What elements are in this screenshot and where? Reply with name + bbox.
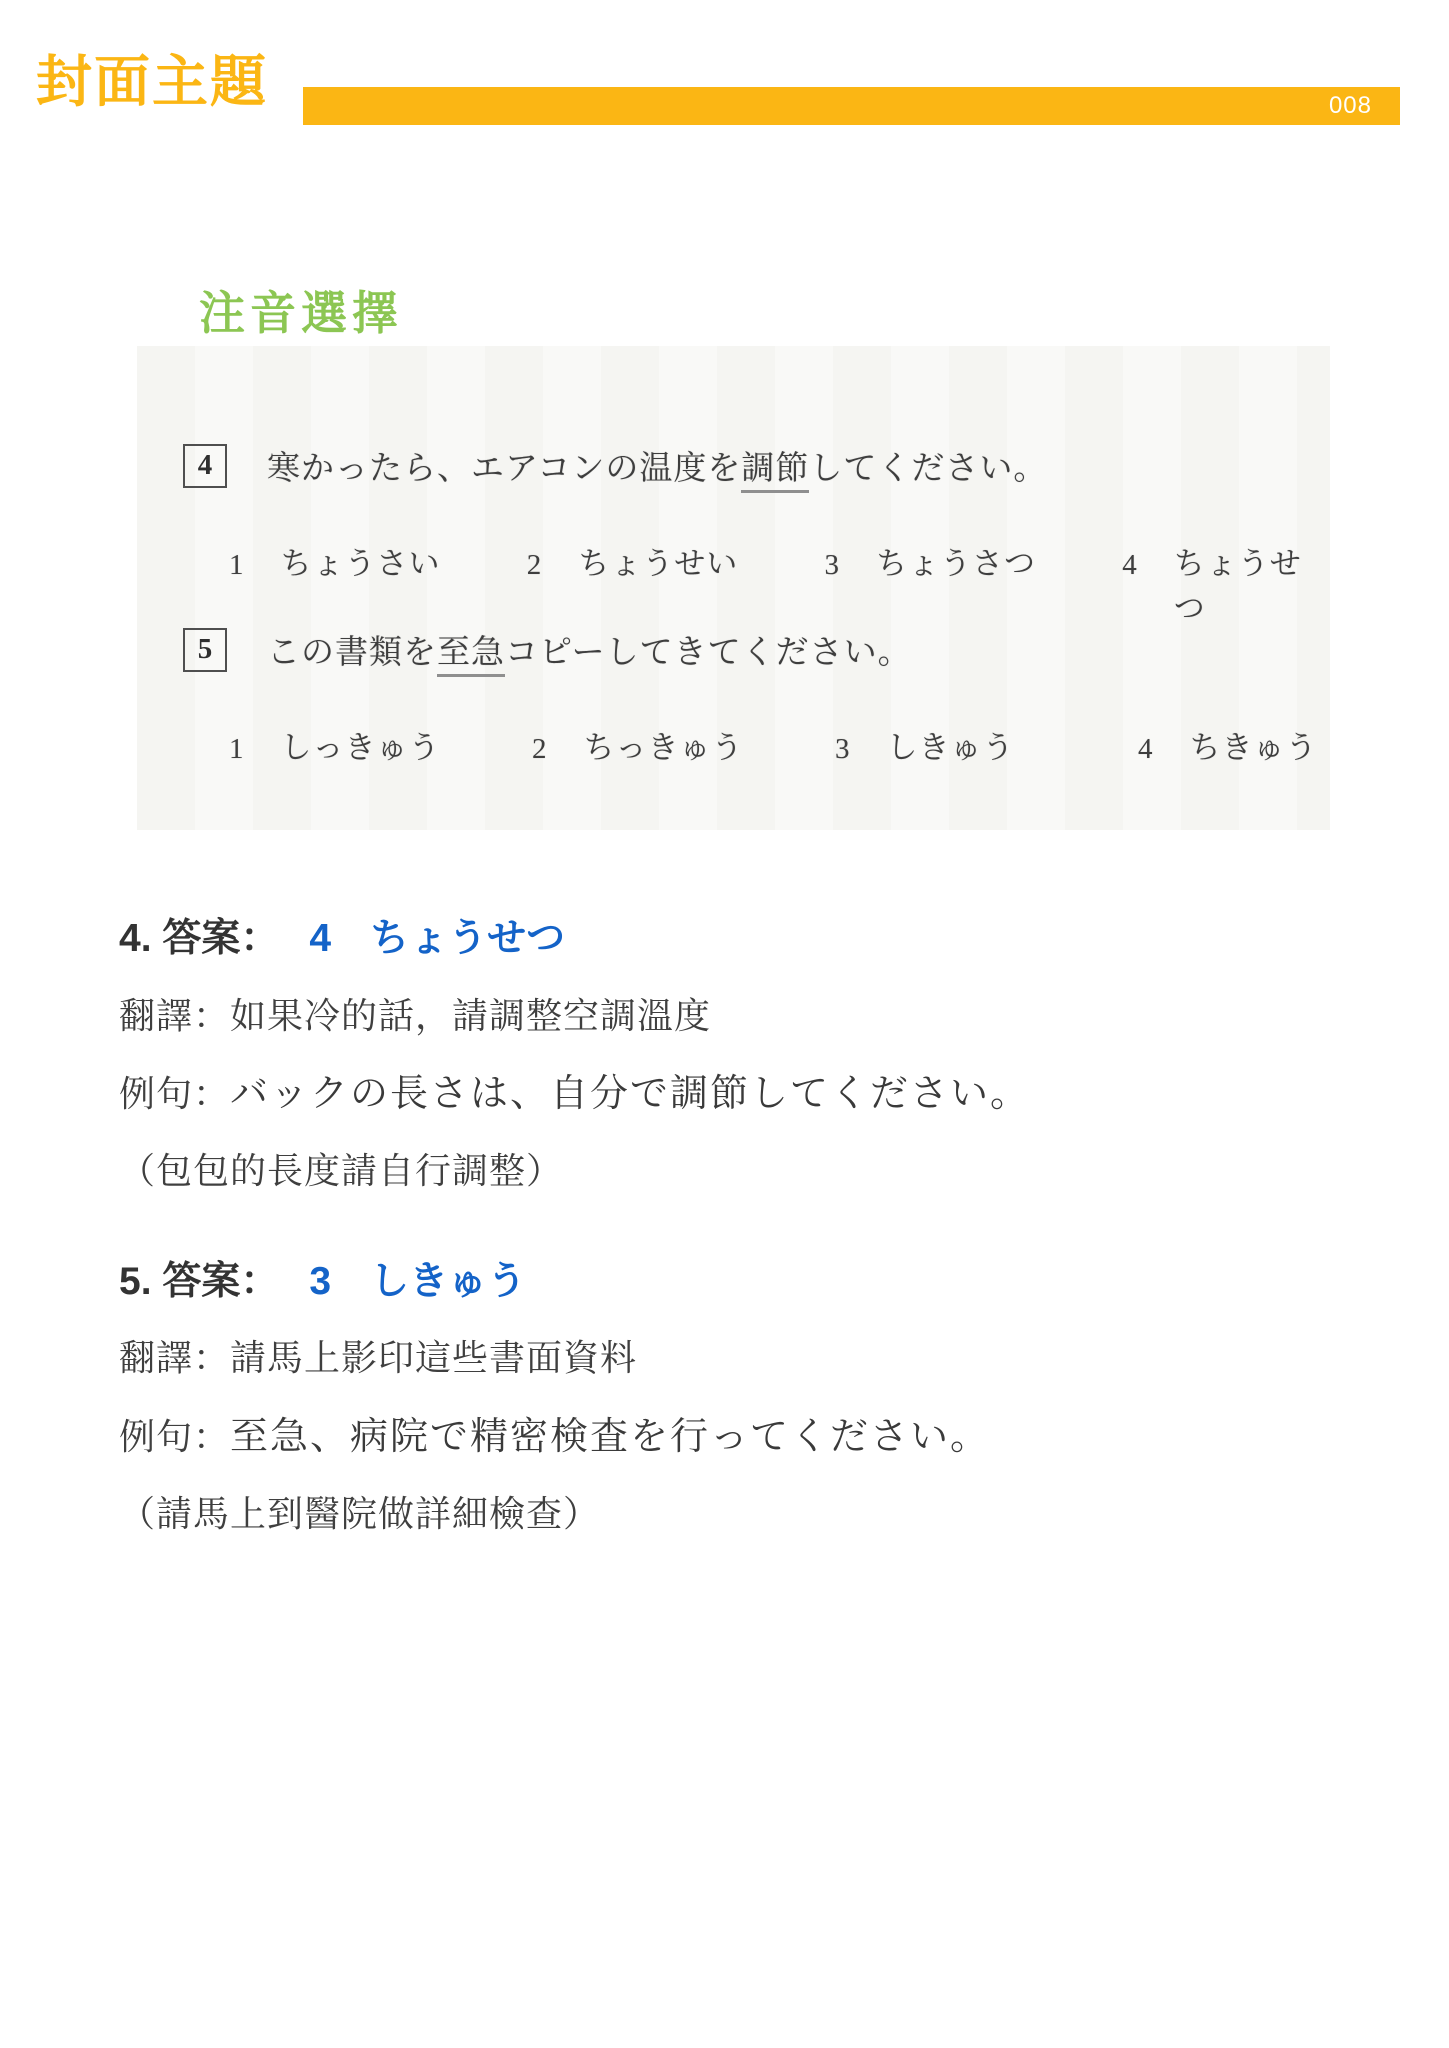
- translation-line: 翻譯：請馬上影印這些書面資料: [119, 1333, 1334, 1383]
- option-text: ちょうせつ: [1174, 538, 1330, 628]
- option-item: 1 ちょうさい: [229, 538, 527, 628]
- answer-block-5: 5. 答案：3 しきゅう 翻譯：請馬上影印這些書面資料 例句：至急、病院で精密検…: [119, 1257, 1334, 1540]
- translation-text: 請馬上影印這些書面資料: [230, 1337, 637, 1378]
- translation-label: 翻譯：: [119, 995, 230, 1036]
- quiz-scan: 4 寒かったら、エアコンの温度を調節してください。 1 ちょうさい 2 ちょうせ…: [137, 346, 1330, 830]
- option-text: ちっきゅう: [584, 722, 744, 767]
- option-number: 2: [532, 733, 548, 766]
- answer-value: 4 ちょうせつ: [309, 917, 565, 960]
- answer-block-4: 4. 答案：4 ちょうせつ 翻譯：如果冷的話，請調整空調溫度 例句：バックの長さ…: [119, 914, 1334, 1197]
- question-number-box: 5: [183, 628, 227, 672]
- example-text: 至急、病院で精密検査を行ってください。: [230, 1416, 990, 1458]
- option-item: 4 ちきゅう: [1138, 722, 1318, 767]
- answer-label: 4. 答案：: [119, 917, 279, 960]
- answers-section: 4. 答案：4 ちょうせつ 翻譯：如果冷的話，請調整空調溫度 例句：バックの長さ…: [119, 914, 1334, 1599]
- option-number: 1: [229, 733, 245, 766]
- question-text: 寒かったら、エアコンの温度を調節してください。: [267, 442, 1047, 489]
- option-text: しきゅう: [887, 722, 1015, 767]
- example-label: 例句：: [119, 1416, 230, 1457]
- option-text: ちょうさい: [281, 538, 441, 583]
- option-item: 2 ちょうせい: [527, 538, 825, 628]
- option-text: ちきゅう: [1190, 722, 1318, 767]
- option-number: 3: [835, 733, 851, 766]
- question-text-post: してください。: [809, 451, 1047, 487]
- translation-text: 如果冷的話，請調整空調溫度: [230, 995, 711, 1036]
- question-text-post: コピーしてきてください。: [505, 635, 912, 671]
- option-number: 1: [229, 549, 245, 582]
- option-text: ちょうせい: [578, 538, 738, 583]
- translation-line: 翻譯：如果冷的話，請調整空調溫度: [119, 991, 1334, 1041]
- option-text: しっきゅう: [281, 722, 441, 767]
- option-item: 4 ちょうせつ: [1122, 538, 1330, 628]
- question-text-pre: この書類を: [267, 635, 437, 671]
- option-item: 1 しっきゅう: [229, 722, 532, 767]
- question-number-box: 4: [183, 444, 227, 488]
- underlined-word: 調節: [741, 451, 809, 493]
- question-text: この書類を至急コピーしてきてください。: [267, 626, 912, 673]
- example-label: 例句：: [119, 1073, 230, 1114]
- section-title: 注音選擇: [199, 277, 403, 343]
- page-title: 封面主題: [36, 54, 268, 113]
- option-item: 2 ちっきゅう: [532, 722, 835, 767]
- options-row-5: 1 しっきゅう 2 ちっきゅう 3 しきゅう 4 ちきゅう: [229, 722, 1318, 767]
- example-line: 例句：至急、病院で精密検査を行ってください。: [119, 1410, 1334, 1465]
- question-row-5: 5 この書類を至急コピーしてきてください。: [183, 626, 912, 673]
- translation-label: 翻譯：: [119, 1337, 230, 1378]
- option-item: 3 ちょうさつ: [824, 538, 1122, 628]
- option-number: 3: [824, 549, 840, 582]
- page-number: 008: [1329, 92, 1372, 120]
- answer-heading: 5. 答案：3 しきゅう: [119, 1257, 1334, 1308]
- question-text-pre: 寒かったら、エアコンの温度を: [267, 451, 741, 487]
- example-text: バックの長さは、自分で調節してください。: [230, 1073, 1030, 1115]
- answer-label: 5. 答案：: [119, 1260, 279, 1303]
- example-translation-line: （包包的長度請自行調整）: [119, 1146, 1334, 1196]
- example-translation-line: （請馬上到醫院做詳細檢查）: [119, 1489, 1334, 1539]
- option-number: 4: [1138, 733, 1154, 766]
- options-row-4: 1 ちょうさい 2 ちょうせい 3 ちょうさつ 4 ちょうせつ: [229, 538, 1330, 628]
- answer-value: 3 しきゅう: [309, 1260, 526, 1303]
- example-line: 例句：バックの長さは、自分で調節してください。: [119, 1067, 1334, 1122]
- option-number: 4: [1122, 549, 1138, 582]
- underlined-word: 至急: [437, 635, 505, 677]
- option-number: 2: [527, 549, 543, 582]
- answer-heading: 4. 答案：4 ちょうせつ: [119, 914, 1334, 965]
- header-bar: 008: [303, 87, 1400, 125]
- option-text: ちょうさつ: [876, 538, 1036, 583]
- option-item: 3 しきゅう: [835, 722, 1138, 767]
- question-row-4: 4 寒かったら、エアコンの温度を調節してください。: [183, 442, 1047, 489]
